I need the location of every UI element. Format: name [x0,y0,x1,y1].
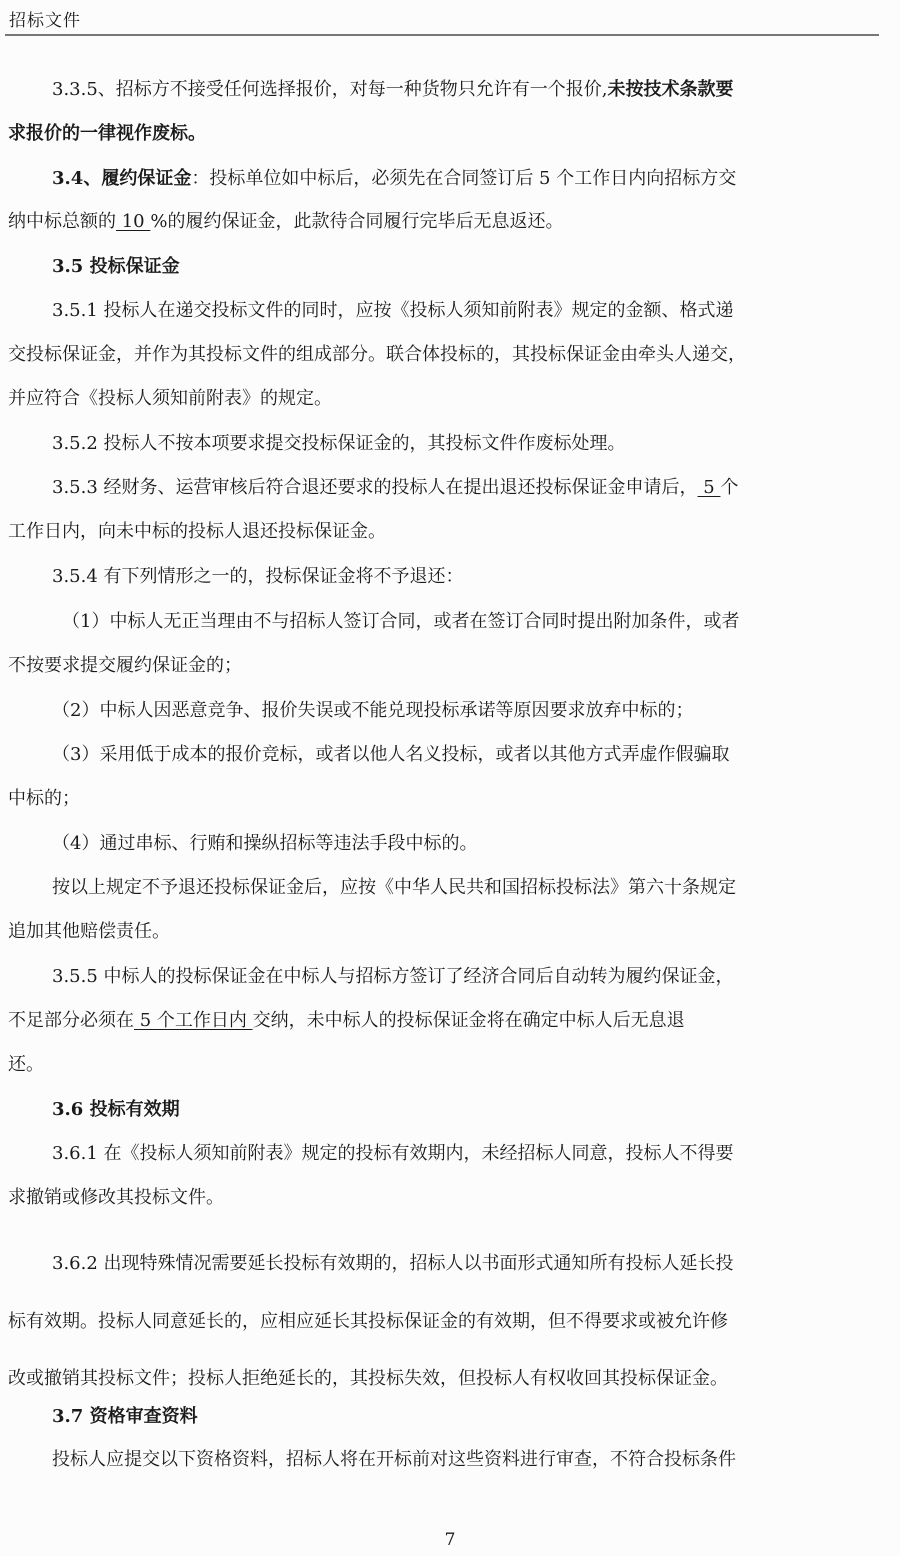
bold-text: 3.4、履约保证金 [52,168,191,189]
text-line: 并应符合《投标人须知前附表》的规定。 [8,387,332,411]
bold-text: 求报价的一律视作废标。 [8,123,206,144]
text-line: 标有效期。投标人同意延长的，应相应延长其投标保证金的有效期，但不得要求或被允许修 [8,1310,728,1334]
text-run: 工作日内，向未中标的投标人退还投标保证金。 [8,521,386,542]
text-line: 改或撤销其投标文件；投标人拒绝延长的，其投标失效，但投标人有权收回其投标保证金。 [8,1367,728,1391]
text-line: 3.6 投标有效期 [52,1098,180,1122]
text-line: 追加其他赔偿责任。 [8,920,170,944]
text-line: 3.5.4 有下列情形之一的，投标保证金将不予退还： [52,565,464,589]
header-title: 招标文件 [9,6,81,31]
text-run: 标有效期。投标人同意延长的，应相应延长其投标保证金的有效期，但不得要求或被允许修 [8,1311,728,1332]
text-line: （1）中标人无正当理由不与招标人签订合同，或者在签订合同时提出附加条件，或者 [62,610,739,634]
text-run: （1）中标人无正当理由不与招标人签订合同，或者在签订合同时提出附加条件，或者 [62,611,739,632]
text-line: 3.4、履约保证金：投标单位如中标后，必须先在合同签订后 5 个工作日内向招标方… [52,167,736,191]
text-run: 并应符合《投标人须知前附表》的规定。 [8,388,332,409]
text-line: 3.6.2 出现特殊情况需要延长投标有效期的，招标人以书面形式通知所有投标人延长… [52,1252,734,1276]
text-run: %的履约保证金，此款待合同履行完毕后无息返还。 [150,211,563,232]
filled-blank: 5 个工作日内 [134,1010,253,1031]
text-run: 个 [720,477,738,498]
text-run: （2）中标人因恶意竞争、报价失误或不能兑现投标承诺等原因要求放弃中标的； [52,700,693,721]
text-line: 3.5 投标保证金 [52,255,180,279]
text-run: 3.3.5、招标方不接受任何选择报价，对每一种货物只允许有一个报价, [52,79,608,100]
text-run: 投标人应提交以下资格资料，招标人将在开标前对这些资料进行审查，不符合投标条件 [52,1449,736,1470]
text-run: 追加其他赔偿责任。 [8,921,170,942]
text-run: 3.5.4 有下列情形之一的，投标保证金将不予退还： [52,566,464,587]
filled-blank: 5 [698,477,721,498]
text-run: 3.5.5 中标人的投标保证金在中标人与招标方签订了经济合同后自动转为履约保证金… [52,966,734,987]
text-line: 还。 [8,1053,44,1077]
text-run: 不足部分必须在 [8,1010,134,1031]
text-run: 不按要求提交履约保证金的； [8,655,242,676]
text-run: 纳中标总额的 [8,211,116,232]
bold-text: 3.6 投标有效期 [52,1099,180,1120]
header-divider [5,34,879,36]
text-run: 改或撤销其投标文件；投标人拒绝延长的，其投标失效，但投标人有权收回其投标保证金。 [8,1368,728,1389]
filled-blank: 10 [116,211,150,232]
bold-text: 3.5 投标保证金 [52,256,180,277]
text-run: 还。 [8,1054,44,1075]
text-line: 求撤销或修改其投标文件。 [8,1186,224,1210]
text-line: 中标的； [8,787,80,811]
text-line: 交投标保证金，并作为其投标文件的组成部分。联合体投标的，其投标保证金由牵头人递交… [8,343,746,367]
text-line: （2）中标人因恶意竞争、报价失误或不能兑现投标承诺等原因要求放弃中标的； [52,699,693,723]
page-number: 7 [0,1530,900,1550]
text-line: 3.3.5、招标方不接受任何选择报价，对每一种货物只允许有一个报价,未按技术条款… [52,78,734,102]
text-run: （3）采用低于成本的报价竞标，或者以他人名义投标，或者以其他方式弄虚作假骗取 [52,744,729,765]
text-line: 求报价的一律视作废标。 [8,122,206,146]
text-line: （3）采用低于成本的报价竞标，或者以他人名义投标，或者以其他方式弄虚作假骗取 [52,743,729,767]
text-run: ：投标单位如中标后，必须先在合同签订后 5 个工作日内向招标方交 [191,168,736,189]
text-line: （4）通过串标、行贿和操纵招标等违法手段中标的。 [52,832,477,856]
text-line: 投标人应提交以下资格资料，招标人将在开标前对这些资料进行审查，不符合投标条件 [52,1448,736,1472]
text-line: 3.5.3 经财务、运营审核后符合退还要求的投标人在提出退还投标保证金申请后， … [52,476,738,500]
text-run: （4）通过串标、行贿和操纵招标等违法手段中标的。 [52,833,477,854]
text-line: 3.5.1 投标人在递交投标文件的同时，应按《投标人须知前附表》规定的金额、格式… [52,299,734,323]
text-line: 3.6.1 在《投标人须知前附表》规定的投标有效期内，未经招标人同意，投标人不得… [52,1142,734,1166]
text-run: 交纳，未中标人的投标保证金将在确定中标人后无息退 [253,1010,685,1031]
text-line: 纳中标总额的 10 %的履约保证金，此款待合同履行完毕后无息返还。 [8,210,563,234]
text-run: 交投标保证金，并作为其投标文件的组成部分。联合体投标的，其投标保证金由牵头人递交… [8,344,746,365]
bold-text: 3.7 资格审查资料 [52,1406,198,1427]
text-run: 3.5.2 投标人不按本项要求提交投标保证金的，其投标文件作废标处理。 [52,433,626,454]
text-line: 工作日内，向未中标的投标人退还投标保证金。 [8,520,386,544]
text-line: 不足部分必须在 5 个工作日内 交纳，未中标人的投标保证金将在确定中标人后无息退 [8,1009,685,1033]
text-line: 3.5.2 投标人不按本项要求提交投标保证金的，其投标文件作废标处理。 [52,432,626,456]
text-line: 3.5.5 中标人的投标保证金在中标人与招标方签订了经济合同后自动转为履约保证金… [52,965,734,989]
text-run: 3.5.3 经财务、运营审核后符合退还要求的投标人在提出退还投标保证金申请后， [52,477,698,498]
text-run: 3.6.1 在《投标人须知前附表》规定的投标有效期内，未经招标人同意，投标人不得… [52,1143,734,1164]
text-line: 按以上规定不予退还投标保证金后，应按《中华人民共和国招标投标法》第六十条规定 [52,876,736,900]
text-run: 按以上规定不予退还投标保证金后，应按《中华人民共和国招标投标法》第六十条规定 [52,877,736,898]
text-line: 3.7 资格审查资料 [52,1405,198,1429]
text-run: 3.5.1 投标人在递交投标文件的同时，应按《投标人须知前附表》规定的金额、格式… [52,300,734,321]
text-run: 求撤销或修改其投标文件。 [8,1187,224,1208]
bold-text: 未按技术条款要 [608,79,734,100]
text-run: 中标的； [8,788,80,809]
text-run: 3.6.2 出现特殊情况需要延长投标有效期的，招标人以书面形式通知所有投标人延长… [52,1253,734,1274]
text-line: 不按要求提交履约保证金的； [8,654,242,678]
